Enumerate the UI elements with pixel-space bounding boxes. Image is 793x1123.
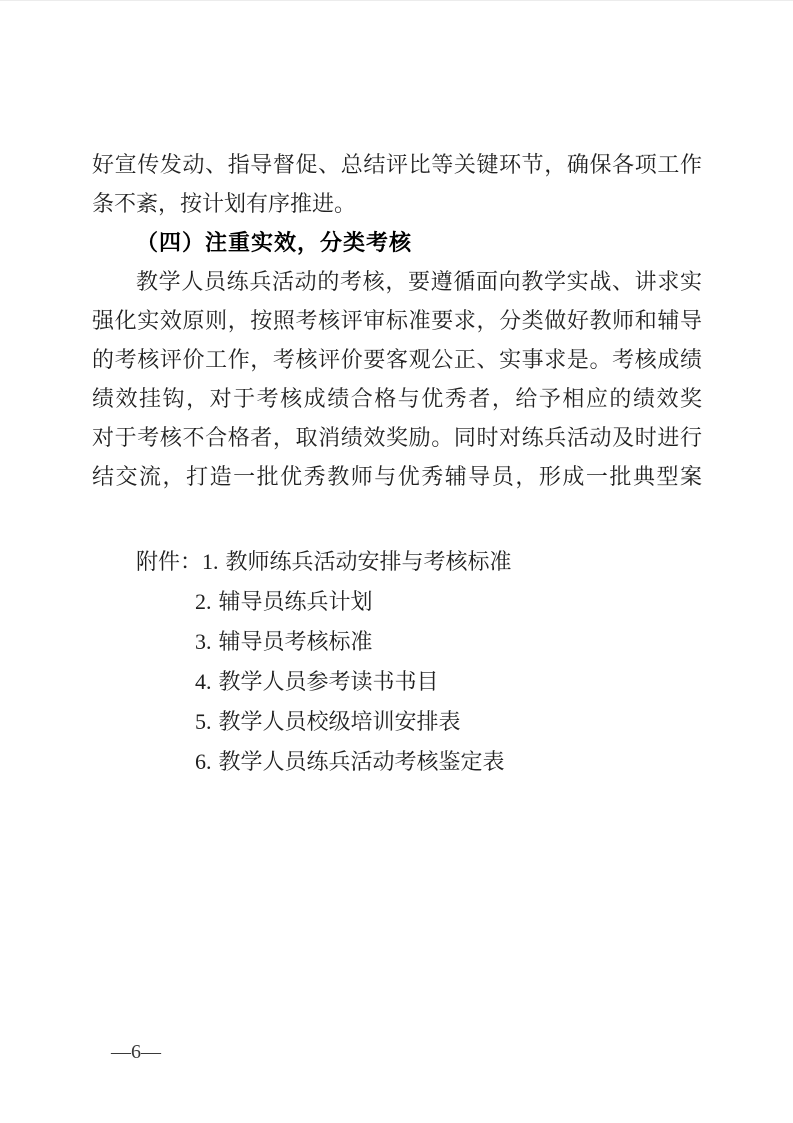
paragraph-line: 绩效挂钩，对于考核成绩合格与优秀者，给予相应的绩效奖励， bbox=[92, 379, 702, 418]
attachment-item-number: 5. bbox=[195, 702, 212, 742]
attachment-item-number: 2. bbox=[195, 582, 212, 622]
attachment-item: 6.教学人员练兵活动考核鉴定表 bbox=[92, 742, 702, 782]
paragraph-line: 条不紊，按计划有序推进。 bbox=[92, 184, 702, 223]
document-page: 好宣传发动、指导督促、总结评比等关键环节，确保各项工作有 条不紊，按计划有序推进… bbox=[0, 0, 793, 1123]
attachment-item-title: 教学人员校级培训安排表 bbox=[219, 709, 461, 734]
paragraph-line: 好宣传发动、指导督促、总结评比等关键环节，确保各项工作有 bbox=[92, 145, 702, 184]
attachment-item-number: 4. bbox=[195, 662, 212, 702]
attachment-item: 3.辅导员考核标准 bbox=[92, 622, 702, 662]
attachment-item: 附件：1.教师练兵活动安排与考核标准 bbox=[92, 542, 702, 582]
paragraph-line: 结交流，打造一批优秀教师与优秀辅导员，形成一批典型案例。 bbox=[92, 457, 702, 496]
attachment-item-number: 1. bbox=[202, 542, 219, 582]
attachment-item-title: 教师练兵活动安排与考核标准 bbox=[226, 549, 512, 574]
attachment-item: 4.教学人员参考读书书目 bbox=[92, 662, 702, 702]
attachment-item-number: 6. bbox=[195, 742, 212, 782]
vertical-gap bbox=[92, 496, 702, 542]
attachment-item-title: 辅导员练兵计划 bbox=[219, 589, 373, 614]
paragraph-line: 教学人员练兵活动的考核，要遵循面向教学实战、讲求实用、 bbox=[92, 262, 702, 301]
page-number: —6— bbox=[111, 1042, 161, 1062]
attachment-item-number: 3. bbox=[195, 622, 212, 662]
paragraph-line: 的考核评价工作，考核评价要客观公正、实事求是。考核成绩与 bbox=[92, 340, 702, 379]
section-heading: （四）注重实效，分类考核 bbox=[92, 223, 702, 262]
attachment-item-title: 教学人员练兵活动考核鉴定表 bbox=[219, 749, 505, 774]
attachment-item-title: 辅导员考核标准 bbox=[219, 629, 373, 654]
attachment-item-title: 教学人员参考读书书目 bbox=[219, 669, 439, 694]
document-text-block: 好宣传发动、指导督促、总结评比等关键环节，确保各项工作有 条不紊，按计划有序推进… bbox=[92, 145, 702, 782]
paragraph-line: 对于考核不合格者，取消绩效奖励。同时对练兵活动及时进行总 bbox=[92, 418, 702, 457]
paragraph-line: 强化实效原则，按照考核评审标准要求，分类做好教师和辅导员 bbox=[92, 301, 702, 340]
attachment-label: 附件： bbox=[136, 542, 202, 582]
attachment-item: 2.辅导员练兵计划 bbox=[92, 582, 702, 622]
attachment-item: 5.教学人员校级培训安排表 bbox=[92, 702, 702, 742]
